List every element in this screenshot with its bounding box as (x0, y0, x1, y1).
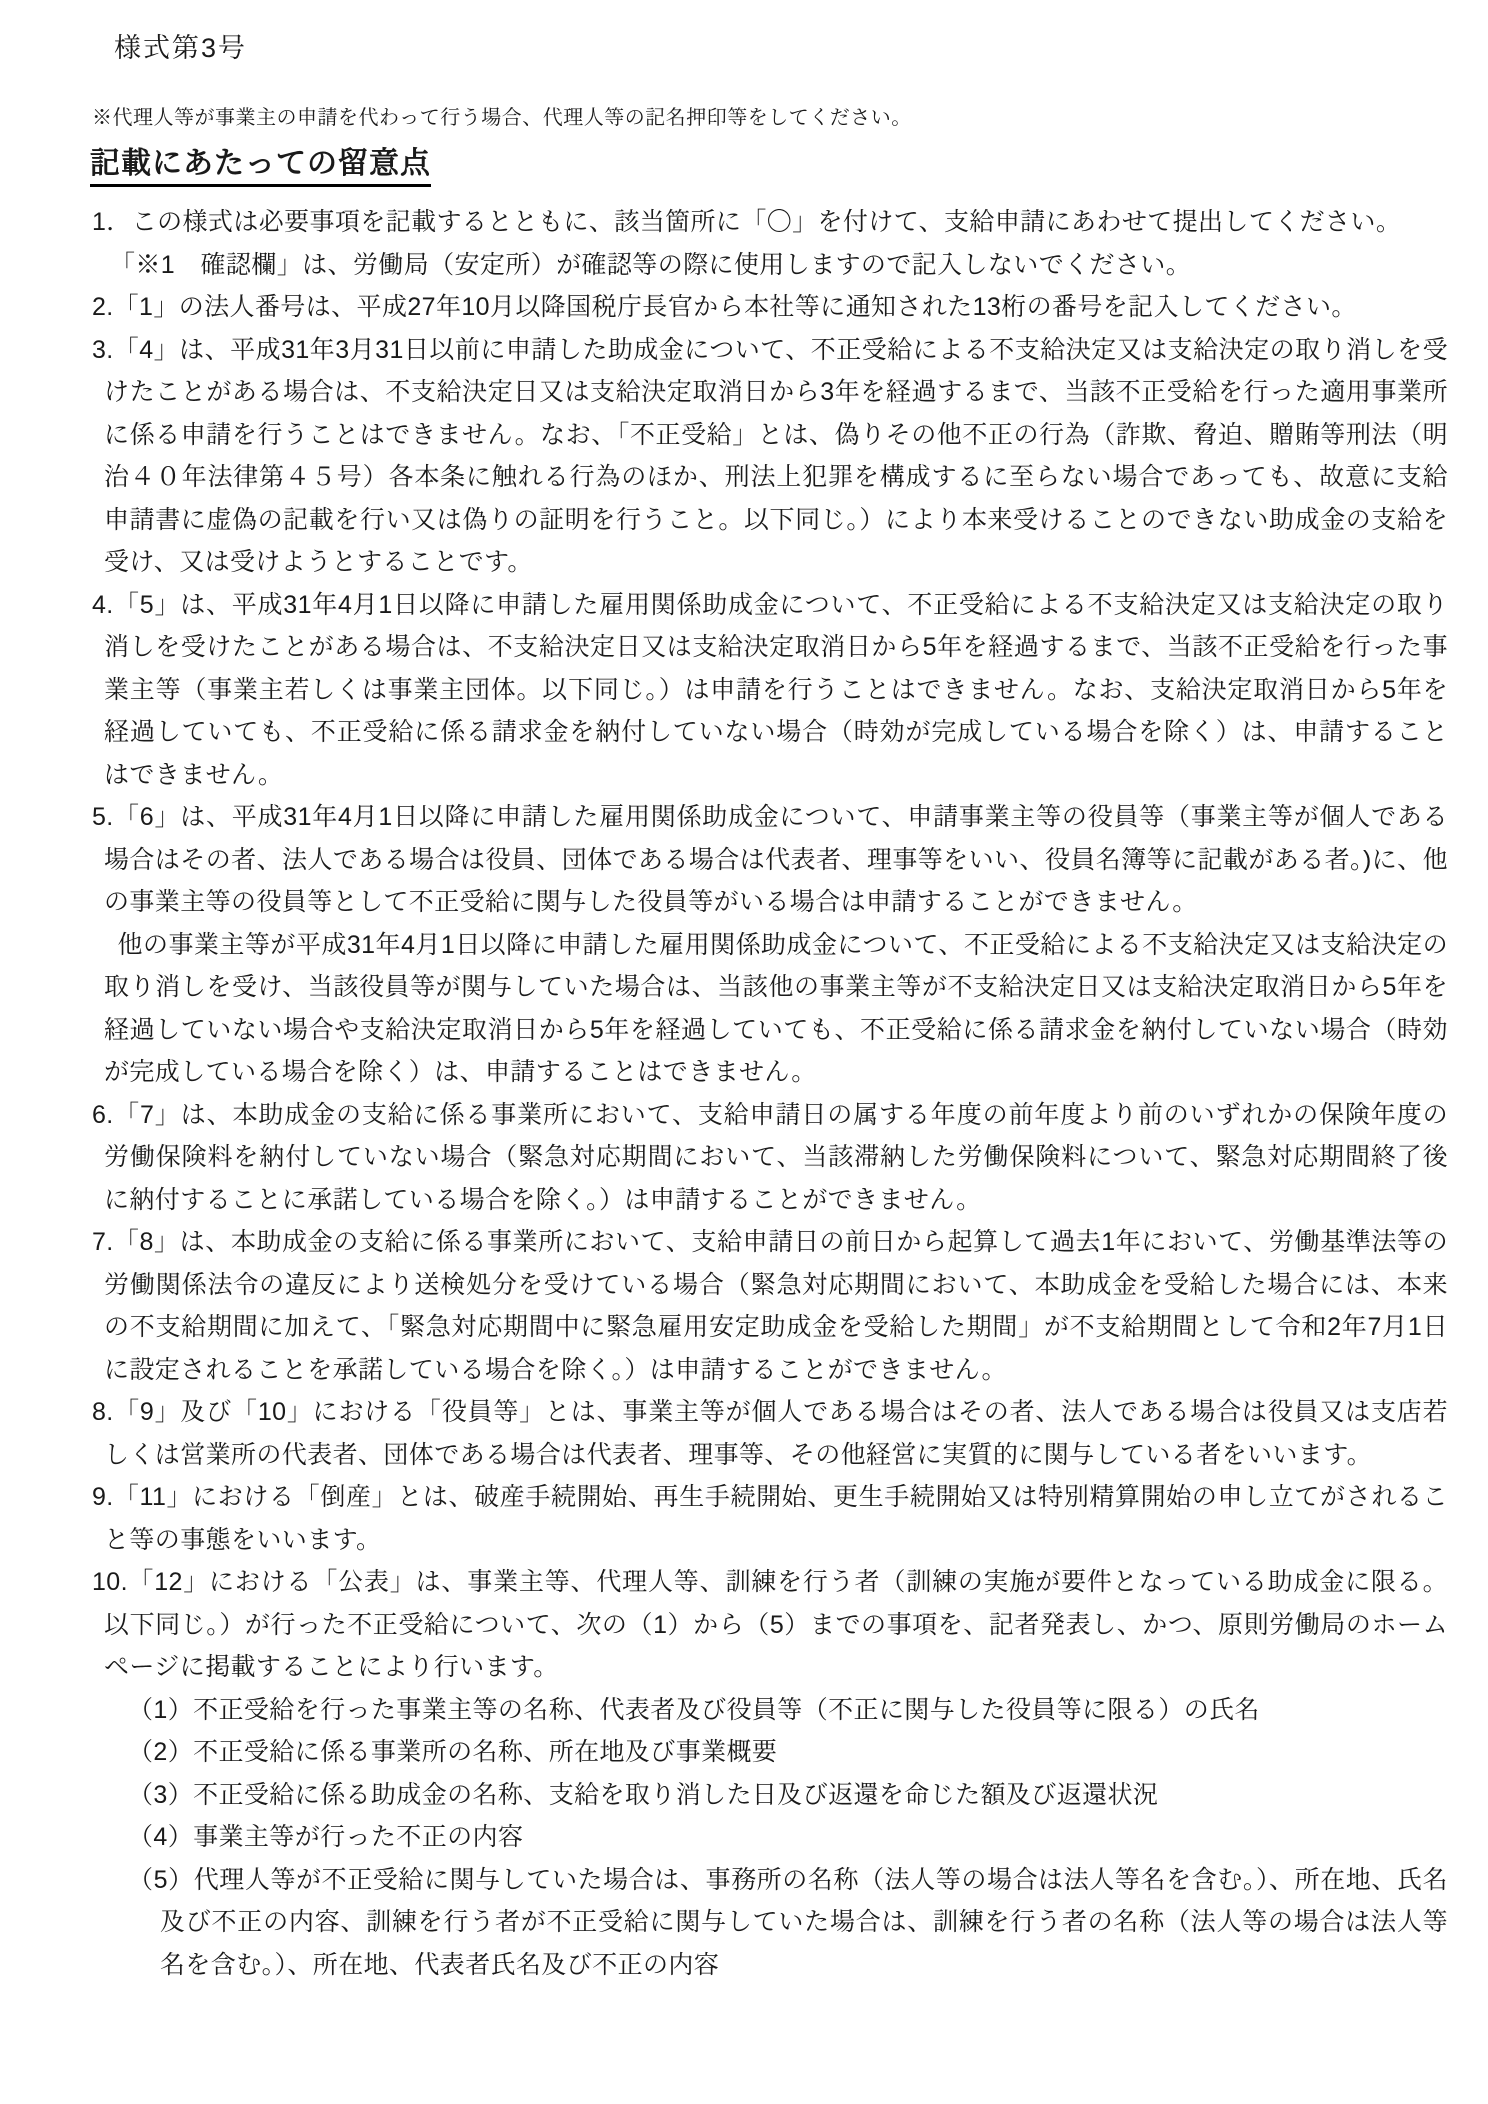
note-item: 5.「6」は、平成31年4月1日以降に申請した雇用関係助成金について、申請事業主… (92, 796, 1448, 1094)
note-paragraph: 4.「5」は、平成31年4月1日以降に申請した雇用関係助成金について、不正受給に… (92, 584, 1448, 797)
note-paragraph-text: 「4」は、平成31年3月31日以前に申請した助成金について、不正受給による不支給… (104, 336, 1448, 577)
note-item: 7.「8」は、本助成金の支給に係る事業所において、支給申請日の前日から起算して過… (92, 1221, 1448, 1391)
note-item: 2.「1」の法人番号は、平成27年10月以降国税庁長官から本社等に通知された13… (92, 286, 1448, 329)
agent-signature-note: ※代理人等が事業主の申請を代わって行う場合、代理人等の記名押印等をしてください。 (92, 101, 1448, 130)
note-paragraph-text: 他の事業主等が平成31年4月1日以降に申請した雇用関係助成金について、不正受給に… (92, 931, 1448, 1087)
note-item: 4.「5」は、平成31年4月1日以降に申請した雇用関係助成金について、不正受給に… (92, 584, 1448, 797)
note-subitem: （5）代理人等が不正受給に関与していた場合は、事務所の名称（法人等の場合は法人等… (128, 1859, 1448, 1987)
note-subitem: （4）事業主等が行った不正の内容 (128, 1816, 1448, 1859)
note-paragraph: 10.「12」における「公表」は、事業主等、代理人等、訓練を行う者（訓練の実施が… (92, 1561, 1448, 1689)
subitem-text: 不正受給に係る事業所の名称、所在地及び事業概要 (193, 1738, 777, 1766)
note-item: 6.「7」は、本助成金の支給に係る事業所において、支給申請日の属する年度の前年度… (92, 1094, 1448, 1222)
note-paragraph: 3.「4」は、平成31年3月31日以前に申請した助成金について、不正受給による不… (92, 329, 1448, 584)
note-item-number: 8. (92, 1398, 114, 1426)
document-page: 様式第3号 ※代理人等が事業主の申請を代わって行う場合、代理人等の記名押印等をし… (0, 0, 1488, 2104)
note-item-number: 9. (92, 1483, 114, 1511)
subitem-text: 事業主等が行った不正の内容 (193, 1823, 523, 1851)
note-item-number: 7. (92, 1228, 114, 1256)
note-paragraph-text: 「※1 確認欄」は、労働局（安定所）が確認等の際に使用しますので記入しないでくだ… (110, 251, 1191, 279)
note-paragraph: 1．この様式は必要事項を記載するとともに、該当箇所に「〇」を付けて、支給申請にあ… (92, 201, 1448, 244)
note-paragraph: 「※1 確認欄」は、労働局（安定所）が確認等の際に使用しますので記入しないでくだ… (92, 244, 1448, 287)
note-item-number: 4. (92, 591, 114, 619)
note-paragraph: 7.「8」は、本助成金の支給に係る事業所において、支給申請日の前日から起算して過… (92, 1221, 1448, 1391)
note-paragraph: 9.「11」における「倒産」とは、破産手続開始、再生手続開始、更生手続開始又は特… (92, 1476, 1448, 1561)
note-item: 1．この様式は必要事項を記載するとともに、該当箇所に「〇」を付けて、支給申請にあ… (92, 201, 1448, 286)
note-subitem: （2）不正受給に係る事業所の名称、所在地及び事業概要 (128, 1731, 1448, 1774)
note-paragraph: 5.「6」は、平成31年4月1日以降に申請した雇用関係助成金について、申請事業主… (92, 796, 1448, 924)
note-paragraph: 他の事業主等が平成31年4月1日以降に申請した雇用関係助成金について、不正受給に… (92, 924, 1448, 1094)
note-item: 10.「12」における「公表」は、事業主等、代理人等、訓練を行う者（訓練の実施が… (92, 1561, 1448, 1986)
subitem-number: （3） (128, 1781, 193, 1809)
subitem-number: （2） (128, 1738, 193, 1766)
note-paragraph: 8.「9」及び「10」における「役員等」とは、事業主等が個人である場合はその者、… (92, 1391, 1448, 1476)
note-item-number: 6. (92, 1101, 114, 1129)
subitem-text: 代理人等が不正受給に関与していた場合は、事務所の名称（法人等の場合は法人等名を含… (160, 1866, 1448, 1979)
note-subitem: （3）不正受給に係る助成金の名称、支給を取り消した日及び返還を命じた額及び返還状… (128, 1774, 1448, 1817)
note-paragraph-text: この様式は必要事項を記載するとともに、該当箇所に「〇」を付けて、支給申請にあわせ… (132, 208, 1402, 236)
subitem-number: （1） (128, 1696, 193, 1724)
note-item-number: 10. (92, 1568, 128, 1596)
note-item-number: 2. (92, 293, 114, 321)
subitem-number: （4） (128, 1823, 193, 1851)
note-item: 8.「9」及び「10」における「役員等」とは、事業主等が個人である場合はその者、… (92, 1391, 1448, 1476)
note-paragraph-text: 「8」は、本助成金の支給に係る事業所において、支給申請日の前日から起算して過去1… (104, 1228, 1448, 1384)
subitem-number: （5） (128, 1866, 194, 1894)
note-paragraph-text: 「7」は、本助成金の支給に係る事業所において、支給申請日の属する年度の前年度より… (104, 1101, 1448, 1214)
note-paragraph-text: 「5」は、平成31年4月1日以降に申請した雇用関係助成金について、不正受給による… (104, 591, 1448, 789)
note-paragraph: 6.「7」は、本助成金の支給に係る事業所において、支給申請日の属する年度の前年度… (92, 1094, 1448, 1222)
note-item-number: 5. (92, 803, 114, 831)
note-item: 9.「11」における「倒産」とは、破産手続開始、再生手続開始、更生手続開始又は特… (92, 1476, 1448, 1561)
note-paragraph-text: 「1」の法人番号は、平成27年10月以降国税庁長官から本社等に通知された13桁の… (114, 293, 1357, 321)
note-item: 3.「4」は、平成31年3月31日以前に申請した助成金について、不正受給による不… (92, 329, 1448, 584)
subitem-text: 不正受給を行った事業主等の名称、代表者及び役員等（不正に関与した役員等に限る）の… (193, 1696, 1260, 1724)
note-item-number: 1． (92, 208, 132, 236)
note-paragraph: 2.「1」の法人番号は、平成27年10月以降国税庁長官から本社等に通知された13… (92, 286, 1448, 329)
note-paragraph-text: 「6」は、平成31年4月1日以降に申請した雇用関係助成金について、申請事業主等の… (104, 803, 1448, 916)
note-paragraph-text: 「12」における「公表」は、事業主等、代理人等、訓練を行う者（訓練の実施が要件と… (104, 1568, 1448, 1681)
note-subitem: （1）不正受給を行った事業主等の名称、代表者及び役員等（不正に関与した役員等に限… (128, 1689, 1448, 1732)
form-number-label: 様式第3号 (114, 26, 1448, 65)
notes-list: 1．この様式は必要事項を記載するとともに、該当箇所に「〇」を付けて、支給申請にあ… (92, 201, 1448, 1986)
section-heading-text: 記載にあたっての留意点 (90, 138, 431, 187)
note-paragraph-text: 「11」における「倒産」とは、破産手続開始、再生手続開始、更生手続開始又は特別精… (104, 1483, 1448, 1554)
section-heading: 記載にあたっての留意点 (90, 138, 1448, 187)
note-paragraph-text: 「9」及び「10」における「役員等」とは、事業主等が個人である場合はその者、法人… (104, 1398, 1448, 1469)
subitem-text: 不正受給に係る助成金の名称、支給を取り消した日及び返還を命じた額及び返還状況 (193, 1781, 1158, 1809)
note-item-number: 3. (92, 336, 114, 364)
